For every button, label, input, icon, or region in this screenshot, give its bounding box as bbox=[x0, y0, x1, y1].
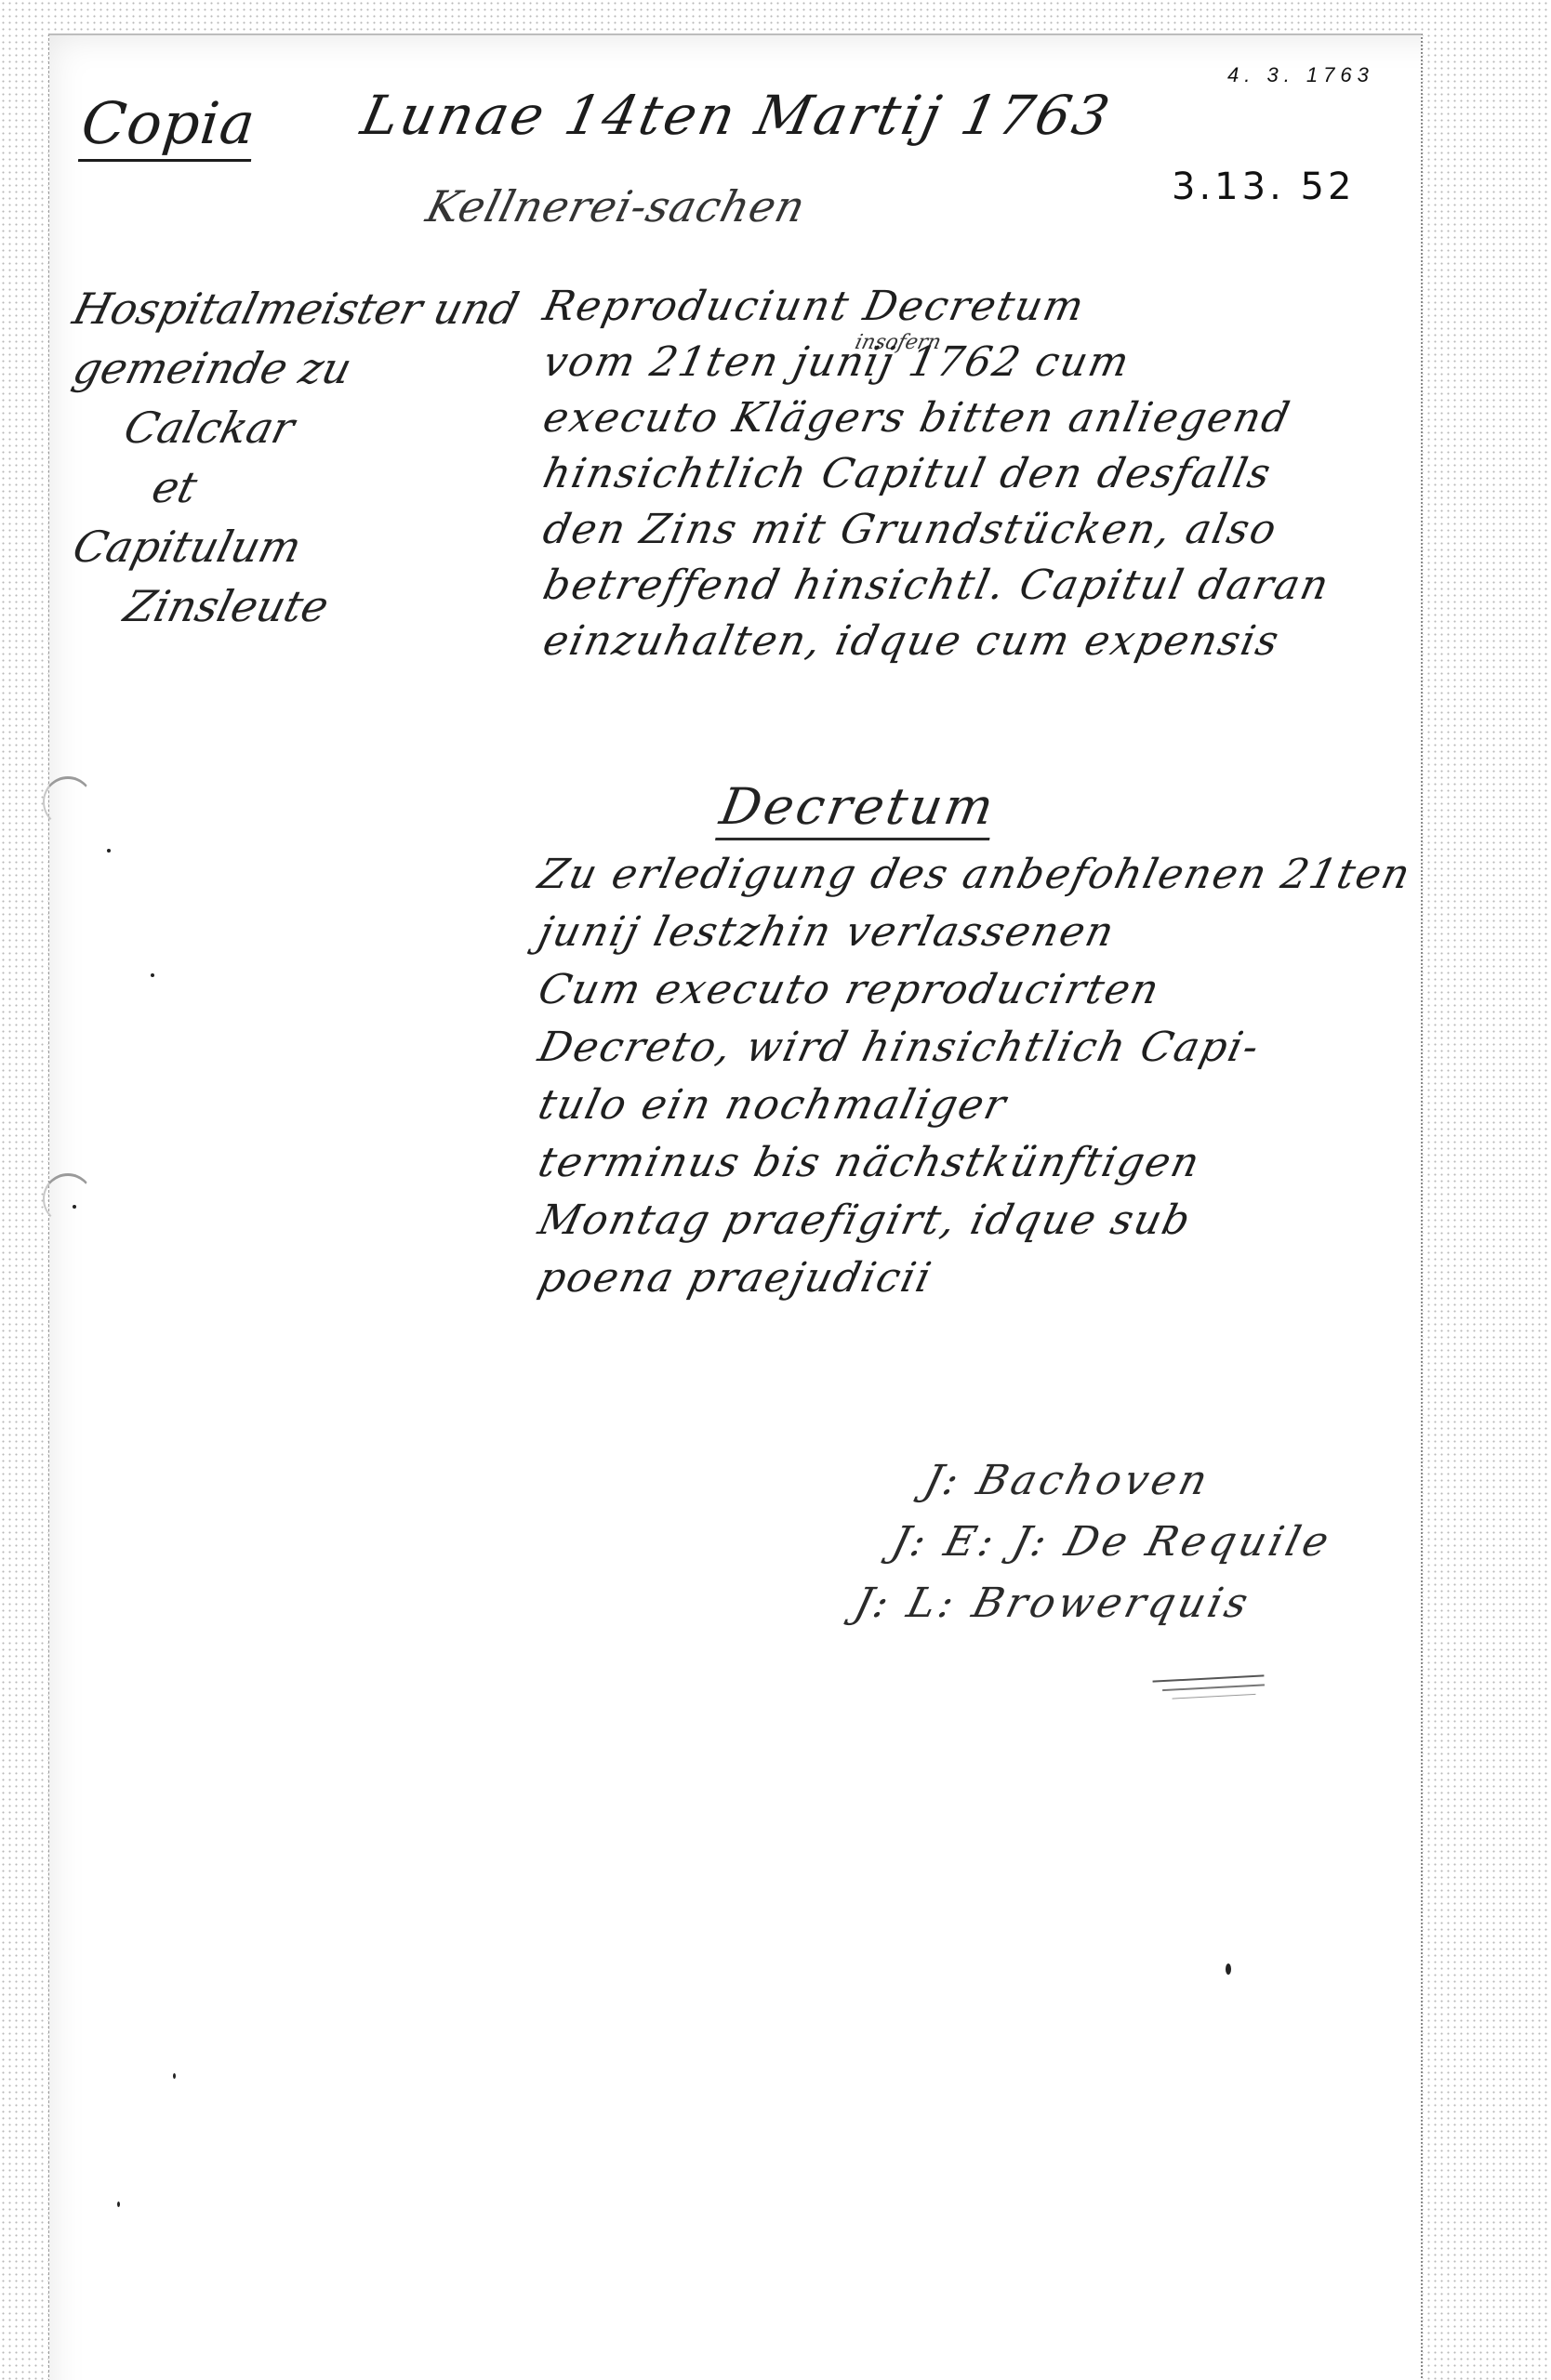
decree-paragraph: Zu erledigung des anbefohlenen 21ten jun… bbox=[539, 846, 1423, 1307]
subtitle-line: Kellnerei-sachen bbox=[421, 181, 811, 231]
margin-line: Calckar bbox=[58, 398, 389, 457]
ink-speck bbox=[73, 1205, 76, 1209]
petition-paragraph: Reproduciunt Decretum vom 21ten junij 17… bbox=[544, 279, 1427, 669]
date-line: Lunae 14ten Martij 1763 bbox=[356, 84, 1118, 147]
margin-line: gemeinde zu bbox=[58, 338, 389, 398]
petition-line: den Zins mit Grundstücken, also bbox=[538, 502, 1434, 558]
margin-line: Capitulum bbox=[58, 517, 389, 576]
archival-reference-number: 3.13. 52 bbox=[1172, 165, 1355, 208]
signature: J: E: J: De Requile bbox=[811, 1512, 1339, 1573]
petition-line: hinsichtlich Capitul den desfalls bbox=[538, 446, 1434, 502]
decretum-heading: Decretum bbox=[715, 777, 1001, 840]
margin-line: Hospitalmeister und bbox=[58, 279, 389, 338]
ink-speck bbox=[173, 2073, 176, 2079]
decree-line: Montag praefigirt, idque sub bbox=[533, 1192, 1429, 1249]
petition-line: Reproduciunt Decretum bbox=[538, 279, 1434, 335]
margin-note-parties: Hospitalmeister und gemeinde zu Calckar … bbox=[65, 279, 381, 636]
signature: J: L: Browerquis bbox=[811, 1573, 1339, 1634]
ink-speck bbox=[1226, 1963, 1231, 1975]
decree-line: Cum executo reproducirten bbox=[533, 961, 1429, 1019]
petition-line: vom 21ten junij 1762 cum bbox=[538, 335, 1434, 390]
punch-hole-lower bbox=[43, 1173, 93, 1224]
decree-line: tulo ein nochmaliger bbox=[533, 1077, 1429, 1134]
petition-line: betreffend hinsichtl. Capitul daran bbox=[538, 558, 1434, 614]
decree-line: junij lestzhin verlassenen bbox=[533, 904, 1429, 961]
signature-block: J: Bachoven J: E: J: De Requile J: L: Br… bbox=[818, 1450, 1331, 1634]
archival-reference-top: 4. 3. 1763 bbox=[1227, 63, 1374, 87]
margin-line: Zinsleute bbox=[58, 576, 389, 636]
petition-line: einzuhalten, idque cum expensis bbox=[538, 614, 1434, 669]
punch-hole-upper bbox=[43, 776, 93, 827]
decree-line: terminus bis nächstkünftigen bbox=[533, 1134, 1429, 1192]
petition-line: executo Klägers bitten anliegend bbox=[538, 390, 1434, 446]
ink-speck bbox=[117, 2201, 120, 2207]
ink-speck bbox=[151, 973, 154, 977]
ink-speck bbox=[107, 849, 111, 853]
copia-label: Copia bbox=[78, 89, 258, 162]
decree-line: poena praejudicii bbox=[533, 1249, 1429, 1307]
margin-line: et bbox=[58, 457, 389, 517]
decree-line: Zu erledigung des anbefohlenen 21ten bbox=[533, 846, 1429, 904]
signature: J: Bachoven bbox=[811, 1450, 1339, 1512]
decree-line: Decreto, wird hinsichtlich Capi- bbox=[533, 1019, 1429, 1077]
